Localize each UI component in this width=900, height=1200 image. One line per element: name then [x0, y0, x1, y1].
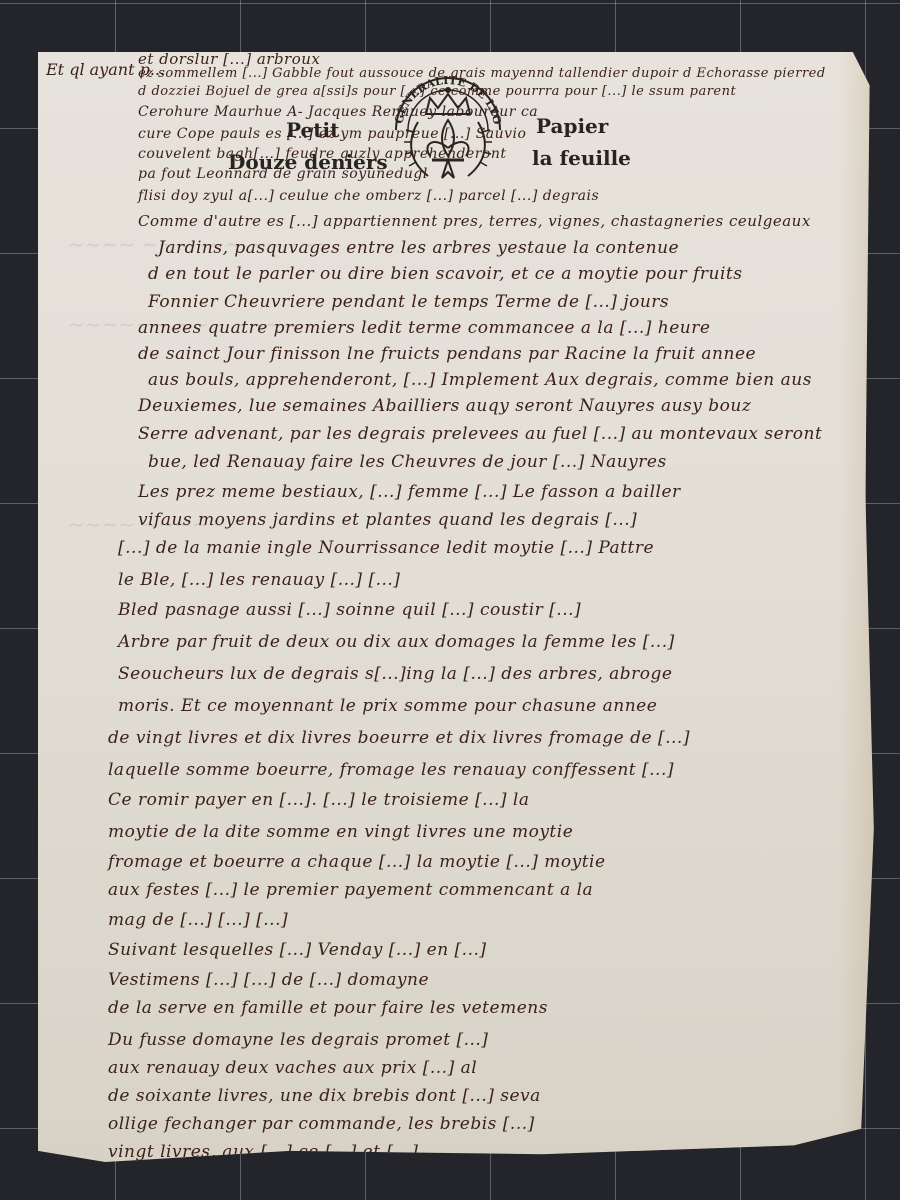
handwritten-line: Serre advenant, par les degrais prelevee… [138, 424, 822, 444]
handwritten-line: annees quatre premiers ledit terme comma… [138, 318, 710, 338]
handwritten-line: de soixante livres, une dix brebis dont … [108, 1086, 541, 1106]
handwritten-line: aux festes [...] le premier payement com… [108, 880, 593, 900]
handwritten-line: fromage et boeurre a chaque [...] la moy… [108, 852, 606, 872]
handwritten-line: Deuxiemes, lue semaines Abailliers auqy … [138, 396, 751, 416]
handwritten-line: Cerohure Maurhue A- Jacques Renauey labo… [138, 104, 538, 120]
manuscript-page: Et ql ayant p... GENERALITE DE LYON Peti… [38, 52, 878, 1162]
handwritten-line: mag de [...] [...] [...] [108, 910, 288, 930]
stamp-la-feuille: la feuille [532, 146, 631, 170]
handwritten-line: ollige fechanger par commande, les brebi… [108, 1114, 535, 1134]
handwritten-line: couvelent bagh[...] feudre quzly apprehe… [138, 146, 507, 162]
handwritten-line: bue, led Renauay faire les Cheuvres de j… [148, 452, 667, 472]
handwritten-line: pa fout Leonnard de grain soyunedugl [138, 166, 428, 182]
handwritten-line: de vingt livres et dix livres boeurre et… [108, 728, 690, 748]
handwritten-line: Seoucheurs lux de degrais s[...]ing la [… [118, 664, 672, 684]
handwritten-line: Ce romir payer en [...]. [...] le troisi… [108, 790, 530, 810]
handwritten-line: de sainct Jour finisson lne fruicts pend… [138, 344, 756, 364]
handwritten-line: de la serve en famille et pour faire les… [108, 998, 548, 1018]
handwritten-line: cure Cope pauls es [...] ez ym paupreue … [138, 126, 526, 142]
handwritten-line: aux renauay deux vaches aux prix [...] a… [108, 1058, 477, 1078]
handwritten-line: moytie de la dite somme en vingt livres … [108, 822, 573, 842]
paper-edge-stain [838, 52, 878, 1162]
handwritten-line: aus bouls, apprehenderont, [...] Impleme… [148, 370, 812, 390]
handwritten-line: Jardins, pasquvages entre les arbres yes… [158, 238, 679, 258]
handwritten-line: d en tout le parler ou dire bien scavoir… [148, 264, 742, 284]
handwritten-line: [...] de la manie ingle Nourrissance led… [118, 538, 654, 558]
handwritten-line: Arbre par fruit de deux ou dix aux domag… [118, 632, 675, 652]
handwritten-line: vifaus moyens jardins et plantes quand l… [138, 510, 637, 530]
handwritten-line: Les prez meme bestiaux, [...] femme [...… [138, 482, 681, 502]
handwritten-line: Suivant lesquelles [...] Venday [...] en… [108, 940, 487, 960]
handwritten-line: vingt livres, aux [...] ce [...] et [...… [108, 1142, 418, 1162]
handwritten-line: Vestimens [...] [...] de [...] domayne [108, 970, 429, 990]
handwritten-line: moris. Et ce moyennant le prix somme pou… [118, 696, 657, 716]
handwritten-line: Bled pasnage aussi [...] soinne quil [..… [118, 600, 581, 620]
handwritten-line: Comme d'autre es [...] appartiennent pre… [138, 212, 811, 230]
handwritten-line: Fonnier Cheuvriere pendant le temps Term… [148, 292, 669, 312]
handwritten-line: d dozziei Bojuel de grea a[ssi]s pour [.… [138, 84, 736, 99]
handwritten-line: Du fusse domayne les degrais promet [...… [108, 1030, 488, 1050]
handwritten-line: ez sommellem [...] Gabble fout aussouce … [138, 66, 826, 81]
stamp-papier: Papier [536, 114, 608, 138]
handwritten-line: flisi doy zyul a[...] ceulue che omberz … [138, 188, 599, 204]
handwritten-line: le Ble, [...] les renauay [...] [...] [118, 570, 400, 590]
handwritten-line: laquelle somme boeurre, fromage les rena… [108, 760, 674, 780]
